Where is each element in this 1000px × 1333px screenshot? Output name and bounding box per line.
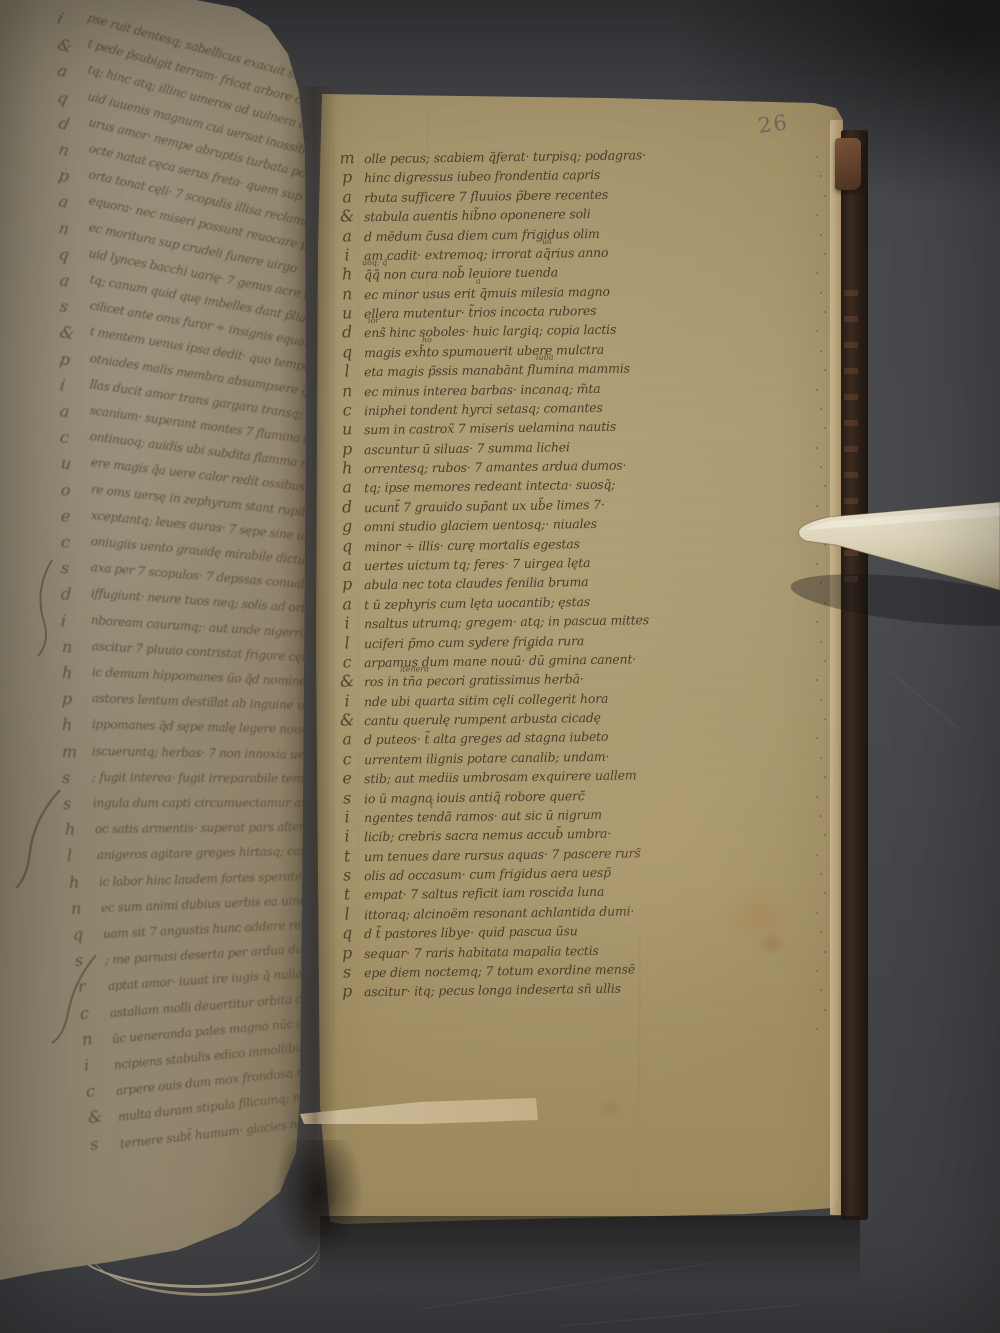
pricking-hole — [824, 892, 826, 894]
pricking-hole — [816, 330, 818, 332]
pricking-hole — [816, 621, 818, 623]
pricking-hole — [824, 195, 826, 197]
pricking-hole — [824, 951, 826, 953]
right-page: 26 molle pecus; scabiem q̃ferat· turpisq… — [306, 86, 846, 1226]
pricking-holes — [306, 86, 846, 1226]
pricking-hole — [824, 1009, 826, 1011]
pricking-hole — [820, 989, 822, 991]
clasp-remnant — [835, 138, 861, 190]
photograph-background: ipse ruit dentesq; sabellicus exacuit su… — [0, 0, 1000, 1333]
pricking-hole — [820, 873, 822, 875]
pricking-hole — [816, 214, 818, 216]
pricking-hole — [824, 834, 826, 836]
pricking-hole — [820, 466, 822, 468]
pricking-hole — [816, 505, 818, 507]
pricking-hole — [820, 234, 822, 236]
pricking-hole — [816, 389, 818, 391]
backdrop-scratch — [560, 1305, 799, 1327]
backdrop-scratch — [422, 1262, 718, 1310]
left-page-shading — [0, 0, 312, 1290]
pricking-hole — [816, 970, 818, 972]
pricking-hole — [816, 796, 818, 798]
pricking-hole — [816, 447, 818, 449]
pricking-hole — [816, 563, 818, 565]
pricking-hole — [820, 524, 822, 526]
pricking-hole — [816, 679, 818, 681]
pricking-hole — [824, 718, 826, 720]
pricking-hole — [824, 427, 826, 429]
left-page: ipse ruit dentesq; sabellicus exacuit su… — [0, 0, 312, 1290]
pricking-hole — [824, 485, 826, 487]
pricking-hole — [824, 602, 826, 604]
pricking-hole — [824, 253, 826, 255]
pricking-hole — [820, 582, 822, 584]
pricking-hole — [820, 292, 822, 294]
pricking-hole — [816, 156, 818, 158]
pricking-hole — [824, 660, 826, 662]
pricking-hole — [816, 272, 818, 274]
pricking-hole — [820, 815, 822, 817]
pricking-hole — [820, 641, 822, 643]
pricking-hole — [816, 737, 818, 739]
pricking-hole — [824, 544, 826, 546]
pricking-hole — [820, 699, 822, 701]
book-bottom-shadow — [320, 1216, 860, 1286]
pricking-hole — [820, 408, 822, 410]
pricking-hole — [824, 369, 826, 371]
pricking-hole — [816, 1028, 818, 1030]
pricking-hole — [820, 350, 822, 352]
binding-spine — [841, 130, 868, 1220]
pricking-hole — [820, 757, 822, 759]
pricking-hole — [816, 912, 818, 914]
pricking-hole — [824, 311, 826, 313]
pricking-hole — [824, 776, 826, 778]
left-page-gutter-shade — [278, 0, 312, 1290]
pricking-hole — [820, 175, 822, 177]
pricking-hole — [816, 854, 818, 856]
pricking-hole — [820, 931, 822, 933]
backdrop-scratch — [890, 671, 960, 730]
